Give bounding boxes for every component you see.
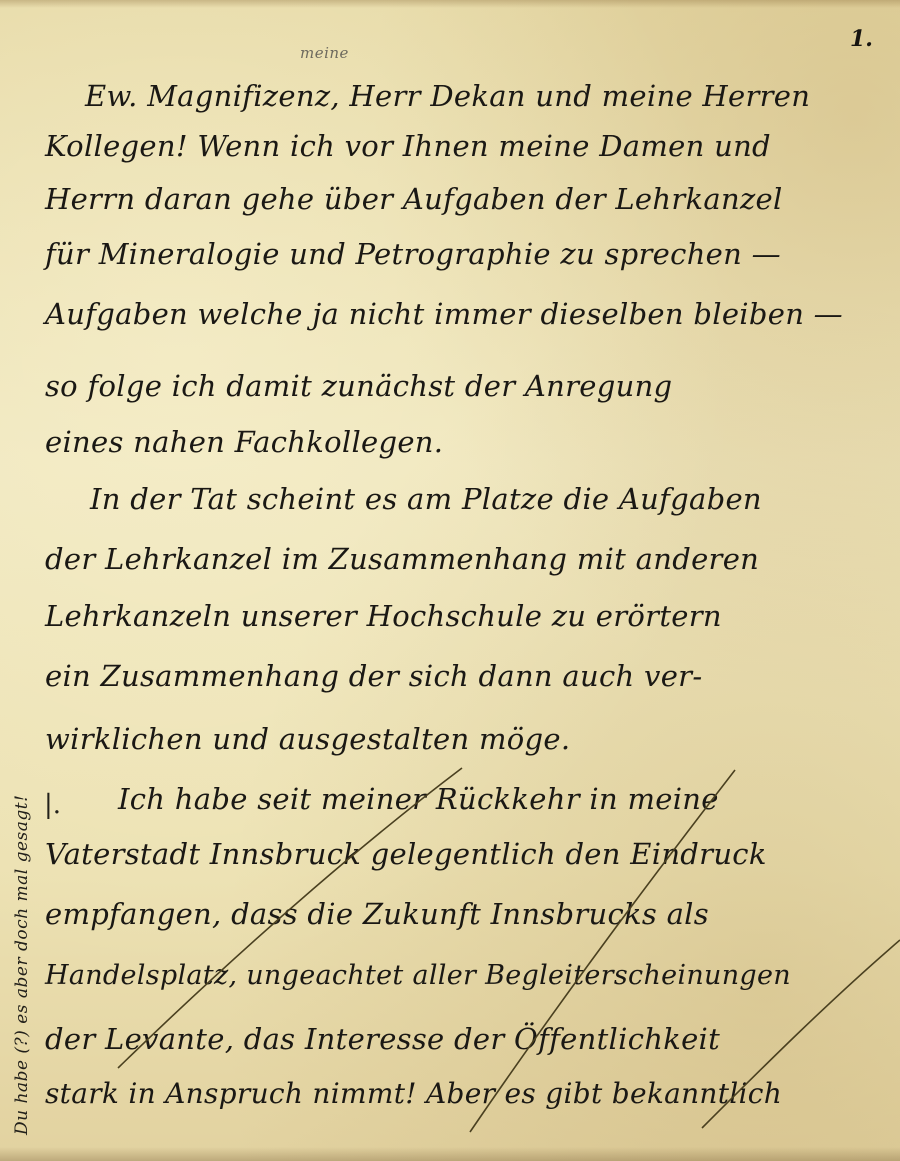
text-line-10: Lehrkanzeln unserer Hochschule zu erörte… (45, 602, 722, 631)
margin-paragraph-mark: |. (44, 790, 61, 820)
page-bottom-edge-shading (0, 1147, 900, 1161)
interlinear-insertion: meine (300, 44, 349, 62)
text-line-2: Kollegen! Wenn ich vor Ihnen meine Damen… (45, 132, 771, 161)
text-line-3: Herrn daran gehe über Aufgaben der Lehrk… (45, 185, 783, 214)
text-line-7: eines nahen Fachkollegen. (45, 428, 443, 457)
text-line-15: empfangen, dass die Zukunft Innsbrucks a… (45, 900, 709, 929)
vertical-margin-note: Du habe (?) es aber doch mal gesagt! (12, 795, 32, 1135)
text-line-12: wirklichen und ausgestalten möge. (45, 725, 570, 754)
text-line-16: Handelsplatz, ungeachtet aller Begleiter… (45, 962, 791, 989)
text-line-9: der Lehrkanzel im Zusammenhang mit ander… (45, 545, 759, 574)
text-line-4: für Mineralogie und Petrographie zu spre… (45, 240, 781, 269)
text-line-1: Ew. Magnifizenz, Herr Dekan und meine He… (85, 82, 810, 111)
text-line-17: der Levante, das Interesse der Öffentlic… (45, 1025, 720, 1054)
page-top-edge-shading (0, 0, 900, 8)
text-line-8: In der Tat scheint es am Platze die Aufg… (90, 485, 762, 514)
text-line-11: ein Zusammenhang der sich dann auch ver- (45, 662, 702, 691)
manuscript-page: 1. meine Ew. Magnifizenz, Herr Dekan und… (0, 0, 900, 1161)
text-line-14: Vaterstadt Innsbruck gelegentlich den Ei… (45, 840, 767, 869)
text-line-13: Ich habe seit meiner Rückkehr in meine (118, 785, 719, 814)
text-line-5: Aufgaben welche ja nicht immer dieselben… (45, 300, 843, 329)
text-line-18: stark in Anspruch nimmt! Aber es gibt be… (45, 1080, 782, 1108)
text-line-6: so folge ich damit zunächst der Anregung (45, 372, 672, 401)
page-number: 1. (850, 26, 873, 52)
